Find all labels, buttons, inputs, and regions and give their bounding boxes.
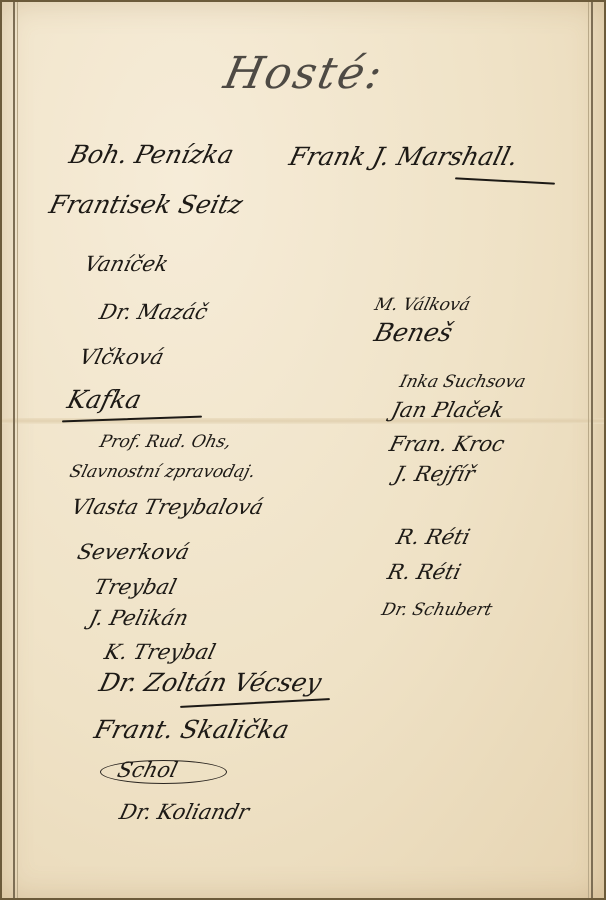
signature-reti-1: R. Réti (394, 525, 473, 549)
signature-placek: Jan Plaček (389, 398, 506, 422)
signature-kroc: Fran. Kroc (387, 432, 507, 456)
signature-vlckova: Vlčková (77, 345, 166, 369)
signature-skalicka: Frant. Skalička (91, 715, 292, 744)
signature-pelikan: J. Pelikán (87, 606, 191, 630)
signature-k-treybal: K. Treybal (102, 640, 218, 664)
left-margin-rule-inner (17, 2, 18, 898)
signature-schubert: Dr. Schubert (380, 600, 495, 620)
right-margin-rule-inner (588, 2, 589, 898)
signature-schol: Schol (115, 758, 180, 782)
signature-kafka: Kafka (64, 385, 144, 414)
guestbook-page (2, 2, 604, 898)
signature-reti-2: R. Réti (385, 560, 464, 584)
left-margin-rule (13, 2, 15, 898)
signature-severkova: Severková (75, 540, 192, 564)
signature-vanicek: Vaníček (82, 252, 171, 276)
signature-koliandr: Dr. Koliandr (117, 800, 252, 824)
right-margin-rule (591, 2, 593, 898)
signature-seitz: Frantisek Seitz (46, 190, 245, 219)
signature-mazac: Dr. Mazáč (97, 300, 210, 324)
signature-penizka: Boh. Penízka (66, 140, 236, 169)
signature-treybal: Treybal (92, 575, 179, 599)
signature-vecsey: Dr. Zoltán Vécsey (96, 668, 324, 697)
signature-valkova: M. Válková (373, 295, 473, 315)
signature-marshall: Frank J. Marshall. (286, 142, 521, 171)
signature-benes: Beneš (371, 318, 455, 347)
signature-suchsova: Inka Suchsova (398, 372, 528, 392)
page-title: Hosté: (220, 48, 389, 99)
signature-ohs: Prof. Rud. Ohs, (98, 432, 234, 452)
signature-ohs-title: Slavnostní zpravodaj. (68, 462, 258, 482)
signature-rejfir: J. Rejfíř (392, 462, 477, 486)
signature-treybalova: Vlasta Treybalová (69, 495, 266, 519)
